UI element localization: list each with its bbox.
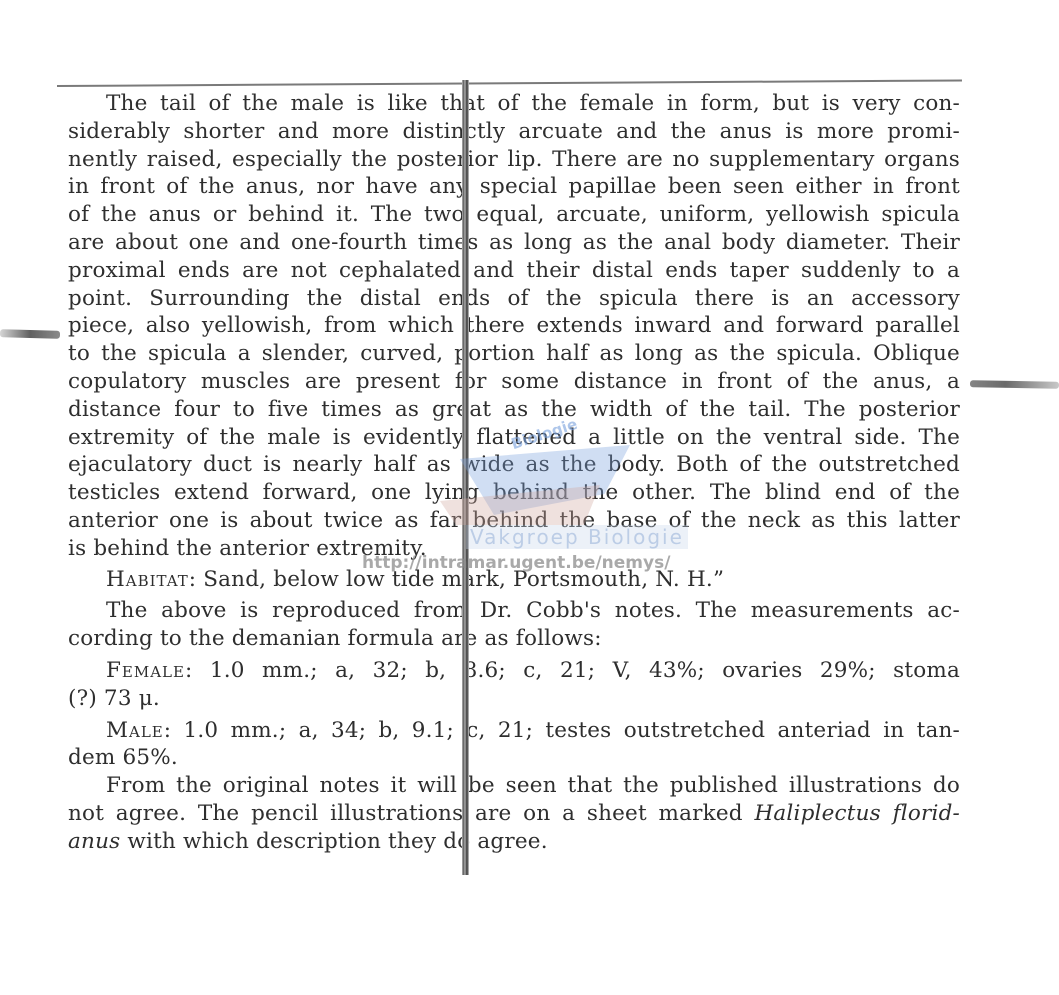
species-name: Haliplectus florid- [754, 801, 960, 826]
watermark-vakgroep: Vakgroep Biologie [466, 525, 688, 549]
female-label: Female [106, 658, 185, 683]
page-fold-line [462, 80, 469, 875]
document-body: The tail of the male is like that of the… [68, 90, 960, 856]
text-line: ejaculatory duct is nearly half as wide … [68, 451, 960, 479]
female-values: : 1.0 mm.; a, 32; b, 8.6; c, 21; V, 43%;… [185, 658, 960, 683]
closing-text-end: with which description they do agree. [120, 829, 547, 854]
text-line: cording to the demanian formula are as f… [68, 625, 960, 653]
male-testes: dem 65%. [68, 744, 960, 772]
species-name-cont: anus [68, 829, 120, 854]
text-line: piece, also yellowish, from which there … [68, 312, 960, 340]
text-line: of the anus or behind it. The two equal,… [68, 201, 960, 229]
text-line: distance four to five times as great as … [68, 396, 960, 424]
text-line: extremity of the male is evidently flatt… [68, 424, 960, 452]
text-line: The above is reproduced from Dr. Cobb's … [68, 597, 960, 625]
text-line: proximal ends are not cephalated and the… [68, 257, 960, 285]
text-line: The tail of the male is like that of the… [68, 90, 960, 118]
paragraph-reproduced: The above is reproduced from Dr. Cobb's … [68, 597, 960, 653]
male-label: Male [106, 718, 164, 743]
watermark-url: http://intramar.ugent.be/nemys/ [362, 553, 670, 573]
closing-line-3: anus with which description they do agre… [68, 828, 960, 856]
text-line: in front of the anus, nor have any speci… [68, 173, 960, 201]
paragraph-male-tail: The tail of the male is like that of the… [68, 90, 960, 563]
male-values: : 1.0 mm.; a, 34; b, 9.1; c, 21; testes … [164, 718, 960, 743]
text-line: nently raised, especially the posterior … [68, 146, 960, 174]
text-line: point. Surrounding the distal ends of th… [68, 285, 960, 313]
scan-edge-mark-right [970, 380, 1059, 389]
scan-edge-mark-left [0, 329, 60, 339]
habitat-label: Habitat [106, 567, 189, 592]
text-line: siderably shorter and more distinctly ar… [68, 118, 960, 146]
text-line: to the spicula a slender, curved, portio… [68, 340, 960, 368]
text-line: copulatory muscles are present for some … [68, 368, 960, 396]
closing-text: not agree. The pencil illustrations are … [68, 801, 754, 826]
text-line: testicles extend forward, one lying behi… [68, 479, 960, 507]
closing-line-2: not agree. The pencil illustrations are … [68, 800, 960, 828]
text-line: are about one and one-fourth times as lo… [68, 229, 960, 257]
female-stoma: (?) 73 μ. [68, 685, 960, 713]
closing-line-1: From the original notes it will be seen … [68, 772, 960, 800]
page-top-rule [57, 79, 962, 87]
female-measurements: Female: 1.0 mm.; a, 32; b, 8.6; c, 21; V… [68, 657, 960, 685]
male-measurements: Male: 1.0 mm.; a, 34; b, 9.1; c, 21; tes… [68, 717, 960, 745]
